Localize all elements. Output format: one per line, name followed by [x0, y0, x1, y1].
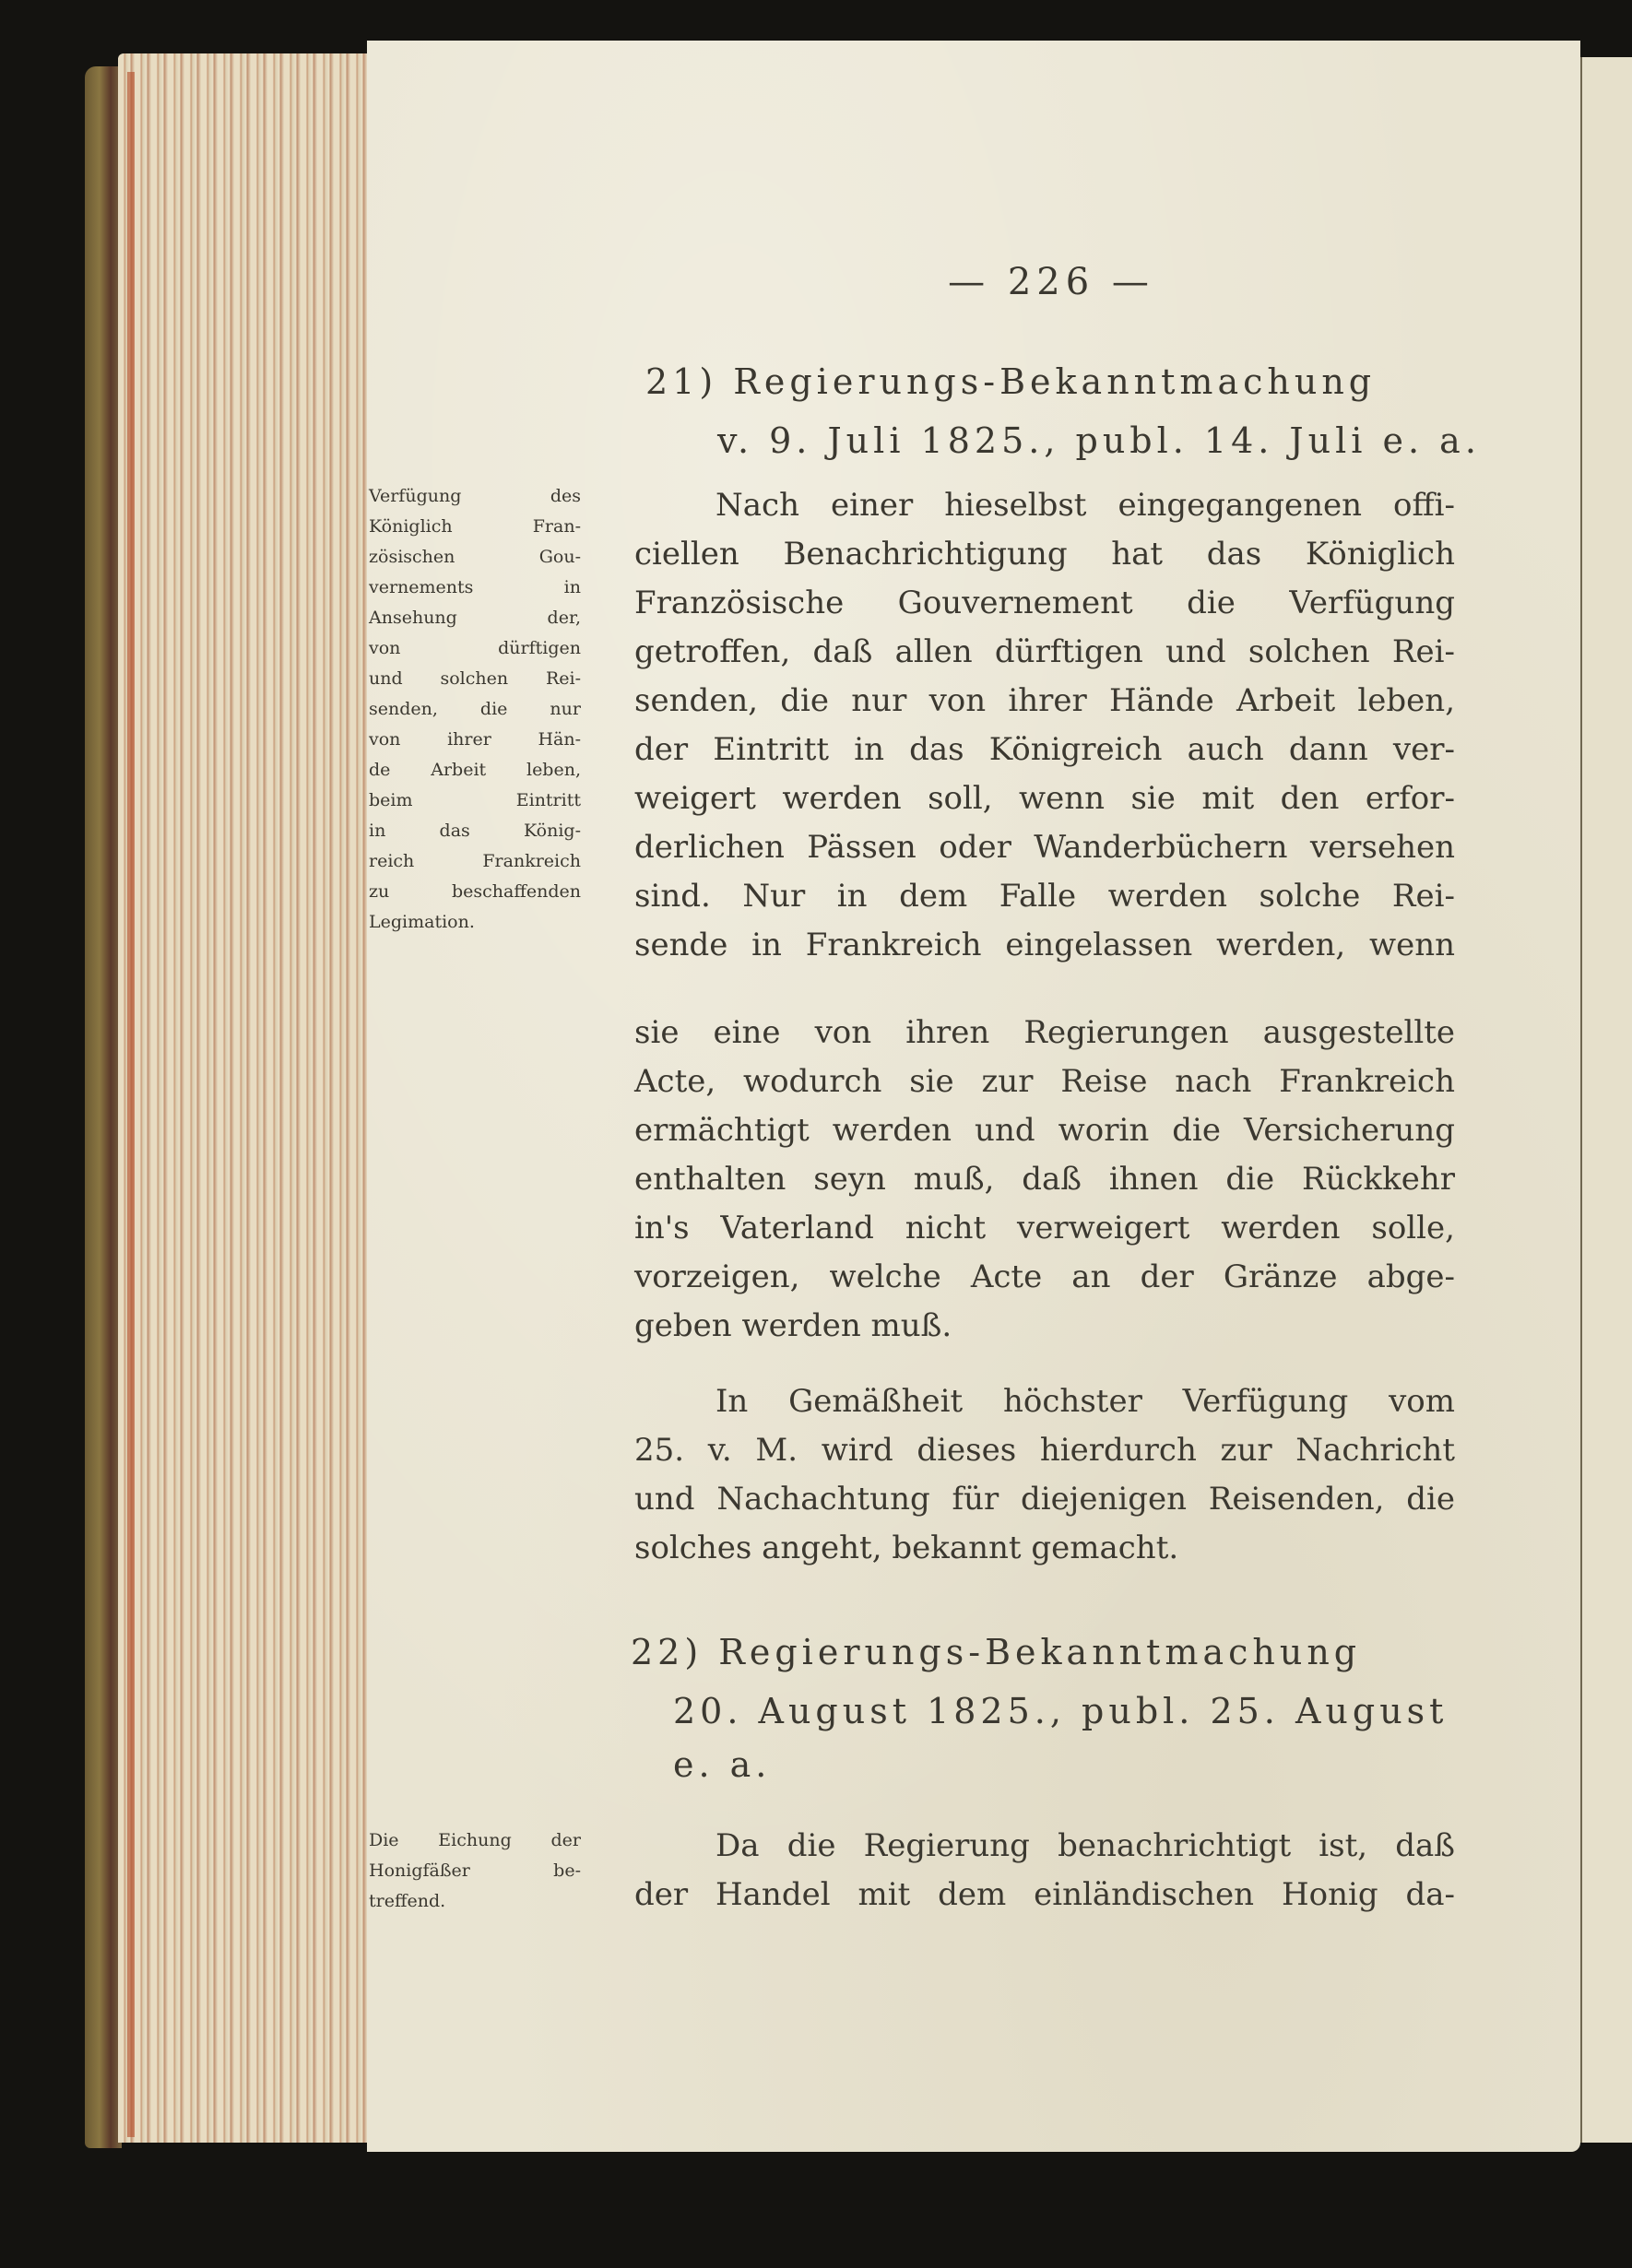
side-note-line: treffend.	[369, 1886, 581, 1917]
side-note-line: Königlich Fran-	[369, 512, 581, 542]
body-line: geben werden muß.	[634, 1307, 1455, 1344]
side-note-line: Verfügung des	[369, 481, 581, 512]
body-line: solches angeht, bekannt gemacht.	[634, 1530, 1455, 1566]
section-21-heading-line-1: 21) Regierungs-Bekanntmachung	[645, 361, 1376, 402]
side-note-line: und solchen Rei-	[369, 664, 581, 694]
section-21-heading-line-2: v. 9. Juli 1825., publ. 14. Juli e. a.	[717, 420, 1481, 461]
side-note-line: zösischen Gou-	[369, 542, 581, 573]
body-line: ermächtigt werden und worin die Versiche…	[634, 1112, 1455, 1149]
side-note-line: von dürftigen	[369, 633, 581, 664]
body-line: der Eintritt in das Königreich auch dann…	[634, 731, 1455, 768]
facing-page-edge	[1580, 57, 1632, 2143]
section-21-side-note: Verfügung des Königlich Fran- zösischen …	[369, 481, 581, 938]
body-line: Da die Regierung benachrichtigt ist, daß	[715, 1827, 1455, 1864]
section-22-heading-line-1: 22) Regierungs-Bekanntmachung	[631, 1632, 1361, 1672]
body-line: Nach einer hieselbst eingegangenen offi-	[715, 487, 1455, 524]
section-22-heading-line-2: 20. August 1825., publ. 25. August	[673, 1691, 1448, 1731]
body-line: sie eine von ihren Regierungen ausgestel…	[634, 1014, 1455, 1051]
side-note-line: Legimation.	[369, 907, 581, 938]
side-note-line: Ansehung der,	[369, 603, 581, 633]
section-22-heading-line-3: e. a.	[673, 1744, 771, 1785]
body-line: Acte, wodurch sie zur Reise nach Frankre…	[634, 1063, 1455, 1100]
side-note-line: de Arbeit leben,	[369, 755, 581, 786]
body-line: und Nachachtung für diejenigen Reisenden…	[634, 1481, 1455, 1518]
side-note-line: vernements in	[369, 573, 581, 603]
body-line: enthalten seyn muß, daß ihnen die Rückke…	[634, 1161, 1455, 1198]
side-note-line: in das König-	[369, 816, 581, 846]
page-edges-stack	[118, 53, 369, 2143]
side-note-line: Honigfäßer be-	[369, 1856, 581, 1886]
body-line: sende in Frankreich eingelassen werden, …	[634, 927, 1455, 963]
body-line: 25. v. M. wird dieses hierdurch zur Nach…	[634, 1432, 1455, 1469]
body-line: Französische Gouvernement die Verfügung	[634, 585, 1455, 621]
body-line: der Handel mit dem einländischen Honig d…	[634, 1876, 1455, 1913]
body-line: derlichen Pässen oder Wanderbüchern vers…	[634, 829, 1455, 866]
side-note-line: beim Eintritt	[369, 786, 581, 816]
section-22-side-note: Die Eichung der Honigfäßer be- treffend.	[369, 1825, 581, 1917]
body-line: ciellen Benachrichtigung hat das Königli…	[634, 536, 1455, 573]
side-note-line: senden, die nur	[369, 694, 581, 725]
side-note-line: zu beschaffenden	[369, 877, 581, 907]
book-spine	[85, 66, 122, 2148]
body-line: senden, die nur von ihrer Hände Arbeit l…	[634, 682, 1455, 719]
side-note-line: von ihrer Hän-	[369, 725, 581, 755]
side-note-line: Die Eichung der	[369, 1825, 581, 1856]
page-number: — 226 —	[922, 261, 1180, 303]
body-line: getroffen, daß allen dürftigen und solch…	[634, 633, 1455, 670]
body-line: In Gemäßheit höchster Verfügung vom	[715, 1383, 1455, 1420]
body-line: weigert werden soll, wenn sie mit den er…	[634, 780, 1455, 817]
body-line: vorzeigen, welche Acte an der Gränze abg…	[634, 1258, 1455, 1295]
side-note-line: reich Frankreich	[369, 846, 581, 877]
body-line: sind. Nur in dem Falle werden solche Rei…	[634, 878, 1455, 915]
body-line: in's Vaterland nicht verweigert werden s…	[634, 1210, 1455, 1246]
